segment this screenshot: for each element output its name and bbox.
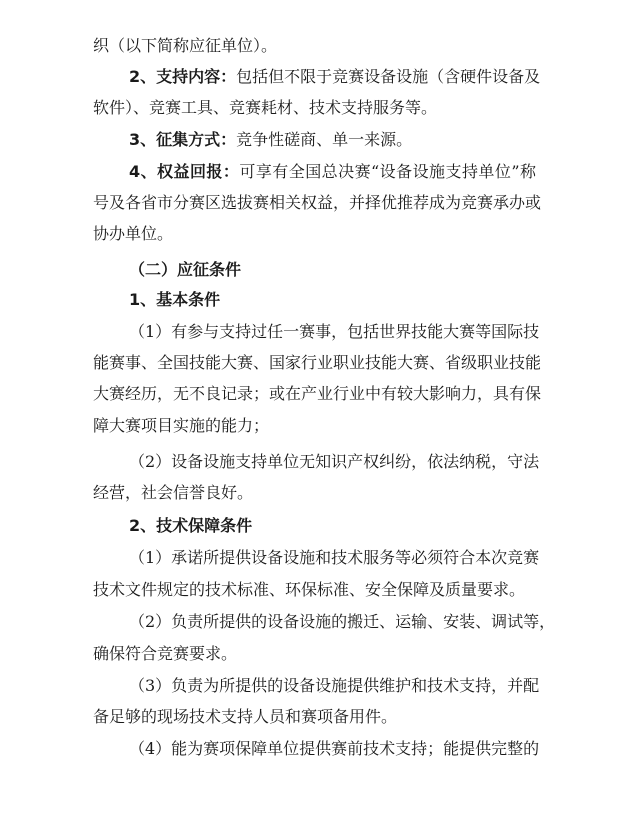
paragraph-line: （2）负责所提供的设备设施的搬迁、运输、安装、调试等， <box>93 610 536 634</box>
item-text: 竞争性磋商、单一来源。 <box>236 130 412 149</box>
item-text: 包括但不限于竞赛设备设施（含硬件设备及 <box>236 67 540 86</box>
line-text: 确保符合竞赛要求。 <box>93 644 237 663</box>
rights-return-item: 4、权益回报：可享有全国总决赛“设备设施支持单位”称 <box>93 160 536 184</box>
paragraph-line: （1）有参与支持过任一赛事，包括世界技能大赛等国际技 <box>93 320 536 344</box>
document-page: 织（以下简称应征单位）。 2、支持内容：包括但不限于竞赛设备设施（含硬件设备及 … <box>0 0 628 824</box>
paragraph-line: 大赛经历，无不良记录；或在产业行业中有较大影响力，具有保 <box>93 382 536 406</box>
paragraph-line: 经营，社会信誉良好。 <box>93 481 536 505</box>
line-text: 障大赛项目实施的能力； <box>93 416 269 435</box>
line-text: 备足够的现场技术支持人员和赛项备用件。 <box>93 707 397 726</box>
paragraph-line: 确保符合竞赛要求。 <box>93 642 536 666</box>
heading-text: 2、技术保障条件 <box>129 516 252 535</box>
line-text: 经营，社会信誉良好。 <box>93 483 253 502</box>
paragraph-line: （1）承诺所提供设备设施和技术服务等必须符合本次竞赛 <box>93 546 536 570</box>
line-text: 号及各省市分赛区选拔赛相关权益，并择优推荐成为竞赛承办或 <box>93 193 541 212</box>
heading-text: （二）应征条件 <box>129 260 241 279</box>
line-text: 能赛事、全国技能大赛、国家行业职业技能大赛、省级职业技能 <box>93 353 541 372</box>
line-text: 软件）、竞赛工具、竞赛耗材、技术支持服务等。 <box>93 98 437 117</box>
paragraph-line: 能赛事、全国技能大赛、国家行业职业技能大赛、省级职业技能 <box>93 351 536 375</box>
support-content-item: 2、支持内容：包括但不限于竞赛设备设施（含硬件设备及 <box>93 65 536 89</box>
line-text: （1）有参与支持过任一赛事，包括世界技能大赛等国际技 <box>129 322 539 341</box>
line-text: 协办单位。 <box>93 224 173 243</box>
line-text: 大赛经历，无不良记录；或在产业行业中有较大影响力，具有保 <box>93 384 541 403</box>
line-text: （2）负责所提供的设备设施的搬迁、运输、安装、调试等， <box>129 612 555 631</box>
item-text: 可享有全国总决赛“设备设施支持单位”称 <box>239 162 536 181</box>
item-label: 2、支持内容： <box>129 67 236 86</box>
subsection-heading-technical: 2、技术保障条件 <box>93 514 536 538</box>
paragraph-line: 障大赛项目实施的能力； <box>93 414 536 438</box>
paragraph-line: 软件）、竞赛工具、竞赛耗材、技术支持服务等。 <box>93 96 536 120</box>
item-label: 3、征集方式： <box>129 130 236 149</box>
paragraph-line: （4）能为赛项保障单位提供赛前技术支持；能提供完整的 <box>93 737 536 761</box>
section-heading-conditions: （二）应征条件 <box>93 258 536 282</box>
collection-method-item: 3、征集方式：竞争性磋商、单一来源。 <box>93 128 536 152</box>
line-text: （4）能为赛项保障单位提供赛前技术支持；能提供完整的 <box>129 739 539 758</box>
paragraph-line: 备足够的现场技术支持人员和赛项备用件。 <box>93 705 536 729</box>
paragraph-line: （3）负责为所提供的设备设施提供维护和技术支持，并配 <box>93 674 536 698</box>
line-text: 织（以下简称应征单位）。 <box>93 36 277 55</box>
line-text: （1）承诺所提供设备设施和技术服务等必须符合本次竞赛 <box>129 548 539 567</box>
line-text: 技术文件规定的技术标准、环保标准、安全保障及质量要求。 <box>93 580 525 599</box>
line-text: （2）设备设施支持单位无知识产权纠纷，依法纳税，守法 <box>129 452 539 471</box>
heading-text: 1、基本条件 <box>129 290 220 309</box>
paragraph-line: （2）设备设施支持单位无知识产权纠纷，依法纳税，守法 <box>93 450 536 474</box>
paragraph-line: 织（以下简称应征单位）。 <box>93 34 536 58</box>
paragraph-line: 技术文件规定的技术标准、环保标准、安全保障及质量要求。 <box>93 578 536 602</box>
paragraph-line: 号及各省市分赛区选拔赛相关权益，并择优推荐成为竞赛承办或 <box>93 191 536 215</box>
item-label: 4、权益回报： <box>129 162 239 181</box>
line-text: （3）负责为所提供的设备设施提供维护和技术支持，并配 <box>129 676 539 695</box>
paragraph-line: 协办单位。 <box>93 222 536 246</box>
subsection-heading-basic: 1、基本条件 <box>93 288 536 312</box>
